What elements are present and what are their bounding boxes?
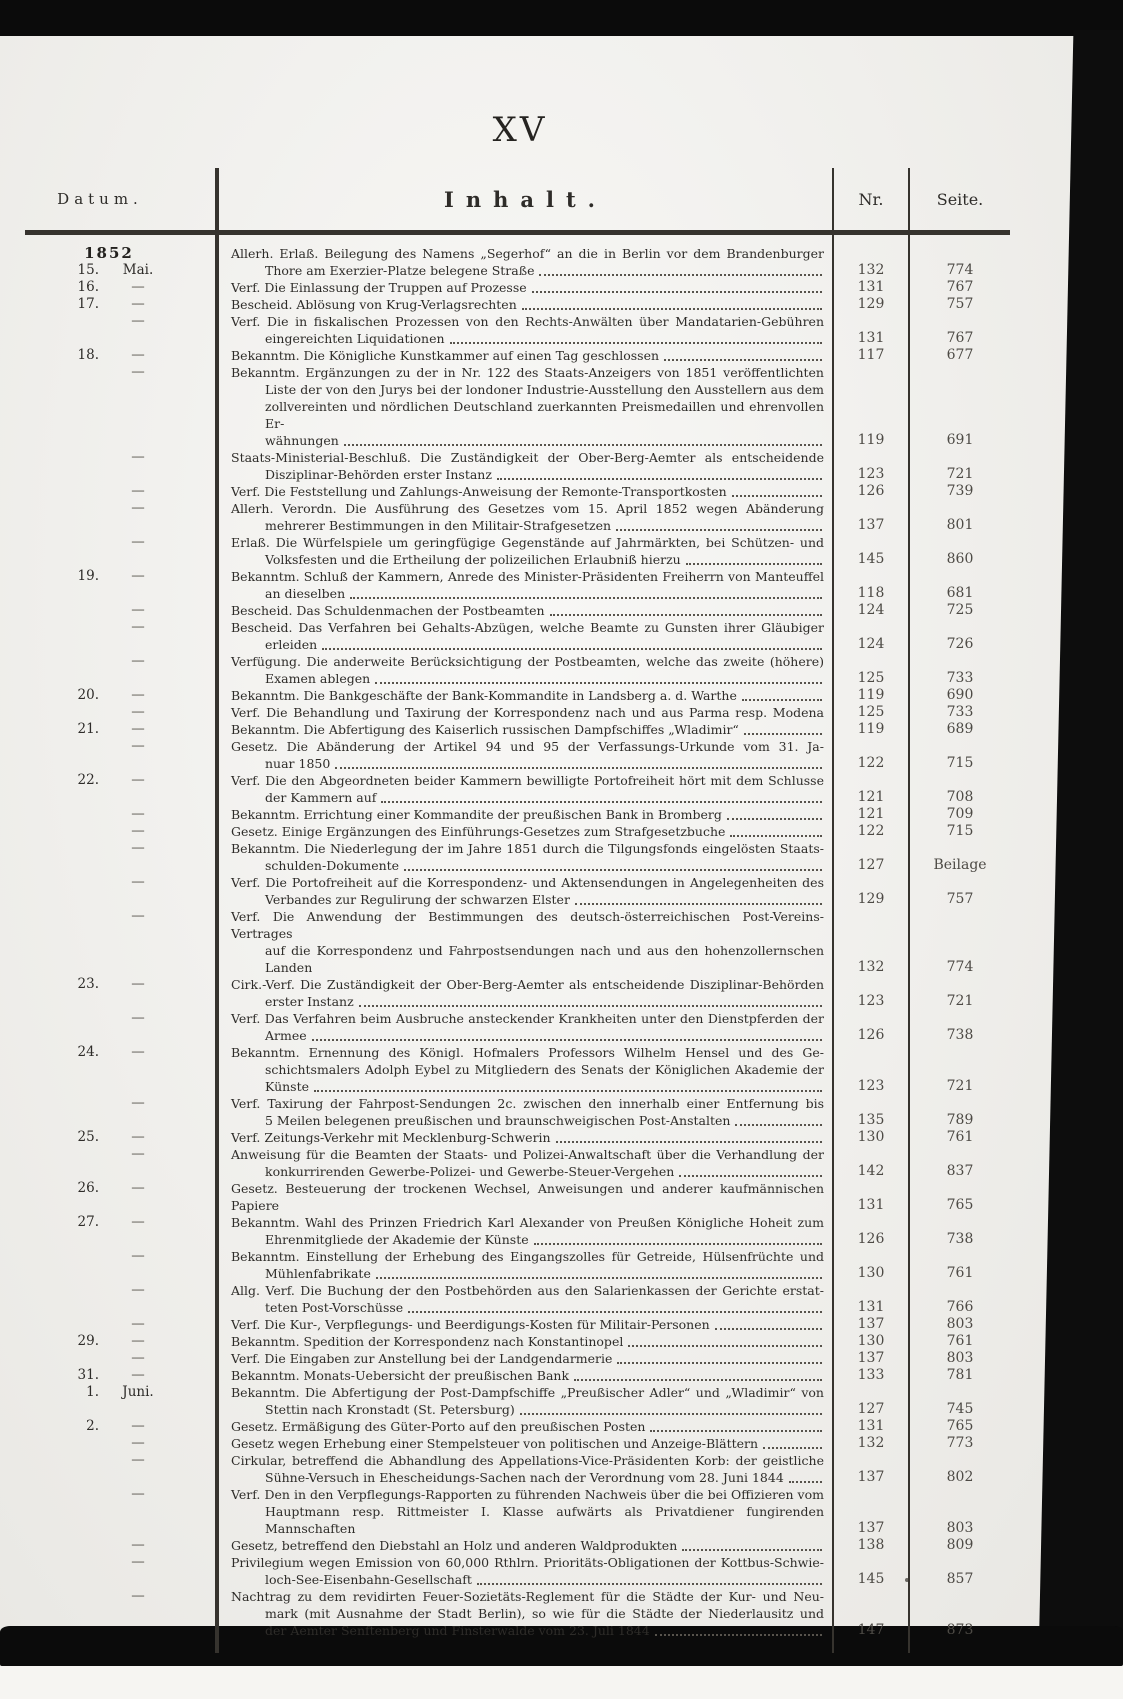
entry-line: Allerh. Erlaß. Beilegung des Namens „Seg…	[231, 245, 824, 262]
entry-nr: 129	[832, 874, 908, 908]
entry-text: Verf. Die Eingaben zur Anstellung bei de…	[215, 1350, 832, 1367]
date-day	[49, 1486, 105, 1503]
entry-seite: 873	[908, 1588, 1010, 1639]
dot-leader	[497, 466, 822, 480]
entry-text: Gesetz. Die Abänderung der Artikel 94 un…	[215, 738, 832, 772]
date-cell: 21. —	[25, 721, 215, 738]
table-row: 29. — Bekanntm. Spedition der Korrespond…	[25, 1333, 1010, 1350]
dot-leader	[664, 347, 822, 361]
entry-line: Stettin nach Kronstadt (St. Petersburg)	[231, 1401, 824, 1418]
entry-line: Volksfesten und die Ertheilung der poliz…	[231, 551, 824, 568]
entry-line: wähnungen	[231, 432, 824, 449]
date-day	[25, 1639, 81, 1656]
table-row: — Anweisung für die Beamten der Staats- …	[25, 1146, 1010, 1180]
entry-seite: 715	[908, 738, 1010, 772]
column-header-datum: Datum.	[25, 168, 215, 230]
date-day	[49, 1588, 105, 1605]
date-month: —	[105, 1282, 171, 1299]
table-row: 26. — Gesetz. Besteuerung der trockenen …	[25, 1180, 1010, 1214]
table-row: — Bekanntm. Errichtung einer Kommandite …	[25, 806, 1010, 823]
date-month: —	[105, 619, 171, 636]
entry-text: Gesetz. Ermäßigung des Güter-Porto auf d…	[215, 1418, 832, 1435]
table-row: — Bescheid. Das Schuldenmachen der Postb…	[25, 602, 1010, 619]
column-header-nr: Nr.	[832, 168, 908, 230]
entry-nr: 132	[832, 235, 908, 279]
entry-seite: 774	[908, 908, 1010, 976]
entry-line: Verf. Taxirung der Fahrpost-Sendungen 2c…	[231, 1095, 824, 1112]
entry-seite: 803	[908, 1486, 1010, 1537]
date-cell: —	[25, 1316, 215, 1333]
date-cell: —	[25, 704, 215, 721]
entry-line: Armee	[231, 1027, 824, 1044]
table-row: — Allg. Verf. Die Buchung der den Postbe…	[25, 1282, 1010, 1316]
entry-seite: 721	[908, 976, 1010, 1010]
entry-seite: 761	[908, 1248, 1010, 1282]
table-row: 18. — Bekanntm. Die Königliche Kunstkamm…	[25, 347, 1010, 364]
date-month: Mai.	[105, 262, 171, 279]
table-row: — Verf. Die Portofreiheit auf die Korres…	[25, 874, 1010, 908]
dot-leader	[477, 1571, 822, 1585]
entry-line: Bekanntm. Ernennung des Königl. Hofmaler…	[231, 1044, 824, 1061]
entry-text: Bekanntm. Die Abfertigung des Kaiserlich…	[215, 721, 832, 738]
entry-nr: 145	[832, 1554, 908, 1588]
date-month: —	[105, 1129, 171, 1146]
entry-line: Bekanntm. Die Niederlegung der im Jahre …	[231, 840, 824, 857]
entry-line: Bekanntm. Wahl des Prinzen Friedrich Kar…	[231, 1214, 824, 1231]
entry-seite: 681	[908, 568, 1010, 602]
date-day: 27.	[49, 1214, 105, 1231]
entry-seite: 773	[908, 1435, 1010, 1452]
date-month: —	[105, 1316, 171, 1333]
entry-nr: 123	[832, 1044, 908, 1095]
entry-line: Bekanntm. Die Bankgeschäfte der Bank-Kom…	[231, 687, 824, 704]
entry-nr: 129	[832, 296, 908, 313]
entry-text: Verf. Das Verfahren beim Ausbruche anste…	[215, 1010, 832, 1044]
entry-text: Bekanntm. Schluß der Kammern, Anrede des…	[215, 568, 832, 602]
entry-nr: 122	[832, 738, 908, 772]
entry-text: Gesetz. Einige Ergänzungen des Einführun…	[215, 823, 832, 840]
entry-nr: 131	[832, 1418, 908, 1435]
entry-line: Liste der von den Jurys bei der londoner…	[231, 381, 824, 398]
entry-text: Verf. Taxirung der Fahrpost-Sendungen 2c…	[215, 1095, 832, 1129]
dot-leader	[350, 585, 822, 599]
date-month: —	[105, 1588, 171, 1605]
entry-nr: 147	[832, 1588, 908, 1639]
entry-line: Verfügung. Die anderweite Berücksichtigu…	[231, 653, 824, 670]
table-row: — Verf. Den in den Verpflegungs-Rapporte…	[25, 1486, 1010, 1537]
date-day: 24.	[49, 1044, 105, 1061]
date-month	[81, 1639, 147, 1656]
date-month: —	[105, 1554, 171, 1571]
date-month: —	[105, 976, 171, 993]
date-cell: 31. —	[25, 1367, 215, 1384]
date-month: Juni.	[105, 1384, 171, 1401]
date-cell: —	[25, 1588, 215, 1639]
entry-nr: 125	[832, 704, 908, 721]
entry-line: Bescheid. Das Schuldenmachen der Postbea…	[231, 602, 824, 619]
entry-nr: 121	[832, 806, 908, 823]
date-day: 25.	[49, 1129, 105, 1146]
table-row: — Gesetz, betreffend den Diebstahl an Ho…	[25, 1537, 1010, 1554]
entry-line: Gesetz, betreffend den Diebstahl an Holz…	[231, 1537, 824, 1554]
table-row: — Verf. Die Feststellung und Zahlungs-An…	[25, 483, 1010, 500]
entry-seite: 709	[908, 806, 1010, 823]
entry-line: Verf. Zeitungs-Verkehr mit Mecklenburg-S…	[231, 1129, 824, 1146]
table-row: 17. — Bescheid. Ablösung von Krug-Verlag…	[25, 296, 1010, 313]
date-day	[49, 1350, 105, 1367]
date-day: 23.	[49, 976, 105, 993]
dot-leader	[381, 789, 822, 803]
entry-nr: 117	[832, 347, 908, 364]
date-day: 16.	[49, 279, 105, 296]
date-cell: —	[25, 1010, 215, 1044]
date-cell: 23. —	[25, 976, 215, 1010]
entry-seite: 767	[908, 279, 1010, 296]
dot-leader	[679, 1163, 822, 1177]
entry-line: Staats-Ministerial-Beschluß. Die Zuständ…	[231, 449, 824, 466]
entry-line: konkurrirenden Gewerbe-Polizei- und Gewe…	[231, 1163, 824, 1180]
entry-line: Thore am Exerzier-Platze belegene Straße	[231, 262, 824, 279]
entry-nr: 126	[832, 483, 908, 500]
table-row: — Erlaß. Die Würfelspiele um geringfügig…	[25, 534, 1010, 568]
entry-line: Gesetz. Besteuerung der trockenen Wechse…	[231, 1180, 824, 1214]
entry-line: Gesetz wegen Erhebung einer Stempelsteue…	[231, 1435, 824, 1452]
entry-line: Gesetz. Einige Ergänzungen des Einführun…	[231, 823, 824, 840]
entry-line: Verf. Die in fiskalischen Prozessen von …	[231, 313, 824, 330]
entry-line: Bekanntm. Monats-Uebersicht der preußisc…	[231, 1367, 824, 1384]
entry-line: Cirk.-Verf. Die Zuständigkeit der Ober-B…	[231, 976, 824, 993]
date-cell: —	[25, 1537, 215, 1554]
date-month: —	[105, 296, 171, 313]
dot-leader	[312, 1027, 822, 1041]
entry-line: Bekanntm. Die Königliche Kunstkammer auf…	[231, 347, 824, 364]
date-day	[49, 500, 105, 517]
date-cell: —	[25, 449, 215, 483]
table-row: 21. — Bekanntm. Die Abfertigung des Kais…	[25, 721, 1010, 738]
date-cell: —	[25, 1452, 215, 1486]
entry-seite: 757	[908, 296, 1010, 313]
date-month: —	[105, 704, 171, 721]
entry-text: Allg. Verf. Die Buchung der den Postbehö…	[215, 1282, 832, 1316]
entry-text: Verf. Zeitungs-Verkehr mit Mecklenburg-S…	[215, 1129, 832, 1146]
entry-seite: 726	[908, 619, 1010, 653]
entry-line: teten Post-Vorschüsse	[231, 1299, 824, 1316]
dot-leader	[789, 1469, 822, 1483]
scan-edge-right	[1039, 30, 1123, 1642]
date-day: 31.	[49, 1367, 105, 1384]
date-cell: —	[25, 483, 215, 500]
date-month: —	[105, 534, 171, 551]
date-day: 21.	[49, 721, 105, 738]
entry-line: erleiden	[231, 636, 824, 653]
date-month: —	[105, 653, 171, 670]
entry-text: Bescheid. Ablösung von Krug-Verlagsrecht…	[215, 296, 832, 313]
entry-seite: 857	[908, 1554, 1010, 1588]
entry-nr: 138	[832, 1537, 908, 1554]
date-day	[49, 908, 105, 925]
table-row: 31. — Bekanntm. Monats-Uebersicht der pr…	[25, 1367, 1010, 1384]
date-cell: —	[25, 364, 215, 449]
date-month: —	[105, 1214, 171, 1231]
date-month: —	[105, 874, 171, 891]
entry-nr: 131	[832, 313, 908, 347]
date-month: —	[105, 1333, 171, 1350]
entry-line: der Kammern auf	[231, 789, 824, 806]
table-row: — Bekanntm. Die Niederlegung der im Jahr…	[25, 840, 1010, 874]
date-month: —	[105, 721, 171, 738]
date-month: —	[105, 908, 171, 925]
entry-line: zollvereinten und nördlichen Deutschland…	[231, 398, 824, 432]
entry-seite: 765	[908, 1418, 1010, 1435]
date-cell: 29. —	[25, 1333, 215, 1350]
entry-text: Bekanntm. Errichtung einer Kommandite de…	[215, 806, 832, 823]
entry-line: Verf. Die den Abgeordneten beider Kammer…	[231, 772, 824, 789]
entry-seite: 803	[908, 1316, 1010, 1333]
entry-line: Verf. Die Behandlung und Taxirung der Ko…	[231, 704, 824, 721]
date-month: —	[105, 840, 171, 857]
table-row: — Verf. Die in fiskalischen Prozessen vo…	[25, 313, 1010, 347]
date-day: 1.	[49, 1384, 105, 1401]
date-month: —	[105, 364, 171, 381]
entry-text: Anweisung für die Beamten der Staats- un…	[215, 1146, 832, 1180]
dot-leader	[732, 483, 822, 497]
entry-line: Verf. Die Anwendung der Bestimmungen des…	[231, 908, 824, 942]
entry-line: der Aemter Senftenberg und Finsterwalde …	[231, 1622, 824, 1639]
entry-nr: 122	[832, 823, 908, 840]
table-row: — Verf. Die Eingaben zur Anstellung bei …	[25, 1350, 1010, 1367]
date-cell: —	[25, 874, 215, 908]
entry-line: Gesetz. Ermäßigung des Güter-Porto auf d…	[231, 1418, 824, 1435]
entry-seite: 745	[908, 1384, 1010, 1418]
entry-line: Bekanntm. Schluß der Kammern, Anrede des…	[231, 568, 824, 585]
dot-leader	[730, 823, 822, 837]
entry-line: Verf. Die Feststellung und Zahlungs-Anwe…	[231, 483, 824, 500]
table-row: 20. — Bekanntm. Die Bankgeschäfte der Ba…	[25, 687, 1010, 704]
entry-nr: 130	[832, 1248, 908, 1282]
entry-line: Bekanntm. Errichtung einer Kommandite de…	[231, 806, 824, 823]
table-row: — Staats-Ministerial-Beschluß. Die Zustä…	[25, 449, 1010, 483]
date-cell: 1. Juni.	[25, 1384, 215, 1418]
entry-line: Verbandes zur Regulirung der schwarzen E…	[231, 891, 824, 908]
toc-body: 1852 15. Mai. Allerh. Erlaß. Beilegung d…	[25, 235, 1010, 1653]
table-row: — Nachtrag zu dem revidirten Feuer-Sozie…	[25, 1588, 1010, 1639]
toc-table: Datum. Inhalt. Nr. Seite. 1852 15. Mai. …	[25, 168, 1010, 1653]
date-cell: —	[25, 806, 215, 823]
dot-leader	[616, 517, 822, 531]
dot-leader	[522, 296, 822, 310]
entry-nr: 118	[832, 568, 908, 602]
entry-text: Bekanntm. Ernennung des Königl. Hofmaler…	[215, 1044, 832, 1095]
date-day	[49, 1010, 105, 1027]
entry-text: Bescheid. Das Schuldenmachen der Postbea…	[215, 602, 832, 619]
year-label: 1852	[49, 245, 169, 262]
table-row: 23. — Cirk.-Verf. Die Zuständigkeit der …	[25, 976, 1010, 1010]
entry-seite: 691	[908, 364, 1010, 449]
entry-line: Bescheid. Das Verfahren bei Gehalts-Abzü…	[231, 619, 824, 636]
date-month: —	[105, 738, 171, 755]
date-day	[49, 1095, 105, 1112]
table-row: 1852 15. Mai. Allerh. Erlaß. Beilegung d…	[25, 235, 1010, 279]
date-cell: 20. —	[25, 687, 215, 704]
date-cell: —	[25, 313, 215, 347]
entry-line: 5 Meilen belegenen preußischen und braun…	[231, 1112, 824, 1129]
date-day	[49, 1435, 105, 1452]
entry-nr: 132	[832, 1435, 908, 1452]
entry-nr: 123	[832, 449, 908, 483]
entry-nr: 130	[832, 1333, 908, 1350]
entry-nr: 126	[832, 1010, 908, 1044]
entry-line: erster Instanz	[231, 993, 824, 1010]
entry-text: Bekanntm. Einstellung der Erhebung des E…	[215, 1248, 832, 1282]
date-month: —	[105, 279, 171, 296]
dot-leader	[322, 636, 822, 650]
date-cell: 26. —	[25, 1180, 215, 1214]
entry-nr: 137	[832, 1486, 908, 1537]
dot-leader	[575, 891, 822, 905]
date-cell: —	[25, 1146, 215, 1180]
entry-line: Cirkular, betreffend die Abhandlung des …	[231, 1452, 824, 1469]
dot-leader	[727, 806, 822, 820]
entry-text: Staats-Ministerial-Beschluß. Die Zuständ…	[215, 449, 832, 483]
table-row: 2. — Gesetz. Ermäßigung des Güter-Porto …	[25, 1418, 1010, 1435]
date-cell: —	[25, 738, 215, 772]
entry-nr: 127	[832, 1384, 908, 1418]
date-day	[49, 823, 105, 840]
entry-nr: 123	[832, 976, 908, 1010]
date-month: —	[105, 823, 171, 840]
date-day	[49, 1316, 105, 1333]
date-day	[49, 806, 105, 823]
entry-seite: 721	[908, 449, 1010, 483]
dot-leader	[686, 551, 822, 565]
entry-text: Bekanntm. Spedition der Korrespondenz na…	[215, 1333, 832, 1350]
date-cell: —	[25, 1350, 215, 1367]
entry-seite: 761	[908, 1129, 1010, 1146]
date-cell: —	[25, 908, 215, 976]
date-month: —	[105, 1010, 171, 1027]
entry-line: Verf. Das Verfahren beim Ausbruche anste…	[231, 1010, 824, 1027]
table-row: 25. — Verf. Zeitungs-Verkehr mit Mecklen…	[25, 1129, 1010, 1146]
entry-seite: 738	[908, 1214, 1010, 1248]
entry-text: Verf. Die Anwendung der Bestimmungen des…	[215, 908, 832, 976]
entry-text: Verfügung. Die anderweite Berücksichtigu…	[215, 653, 832, 687]
date-cell: —	[25, 602, 215, 619]
entry-seite: 689	[908, 721, 1010, 738]
dot-leader	[404, 857, 822, 871]
entry-text: Cirkular, betreffend die Abhandlung des …	[215, 1452, 832, 1486]
entry-seite: 781	[908, 1367, 1010, 1384]
entry-text: Nachtrag zu dem revidirten Feuer-Sozietä…	[215, 1588, 832, 1639]
entry-seite: 765	[908, 1180, 1010, 1214]
date-cell: —	[25, 619, 215, 653]
date-day	[49, 1554, 105, 1571]
date-month: —	[105, 1435, 171, 1452]
entry-text: Bekanntm. Ergänzungen zu der in Nr. 122 …	[215, 364, 832, 449]
entry-nr: 127	[832, 840, 908, 874]
dot-leader	[450, 330, 822, 344]
date-month: —	[105, 500, 171, 517]
entry-line: Examen ablegen	[231, 670, 824, 687]
date-cell: —	[25, 1486, 215, 1537]
entry-text: Erlaß. Die Würfelspiele um geringfügige …	[215, 534, 832, 568]
entry-text: Cirk.-Verf. Die Zuständigkeit der Ober-B…	[215, 976, 832, 1010]
date-month: —	[105, 1248, 171, 1265]
entry-line: Verf. Die Kur-, Verpflegungs- und Beerdi…	[231, 1316, 824, 1333]
dot-leader	[534, 1231, 822, 1245]
dot-leader	[650, 1418, 822, 1432]
entry-nr: 137	[832, 1350, 908, 1367]
date-cell: 1852 15. Mai.	[25, 235, 215, 279]
dot-leader	[744, 721, 822, 735]
entry-text: Bekanntm. Die Königliche Kunstkammer auf…	[215, 347, 832, 364]
dot-leader	[574, 1367, 822, 1381]
entry-seite: 721	[908, 1044, 1010, 1095]
entry-nr: 124	[832, 602, 908, 619]
table-row: — Gesetz. Einige Ergänzungen des Einführ…	[25, 823, 1010, 840]
table-row: — Verf. Das Verfahren beim Ausbruche ans…	[25, 1010, 1010, 1044]
entry-line: Bekanntm. Ergänzungen zu der in Nr. 122 …	[231, 364, 824, 381]
entry-text: Allerh. Erlaß. Beilegung des Namens „Seg…	[215, 235, 832, 279]
entry-seite: 708	[908, 772, 1010, 806]
entry-nr: 126	[832, 1214, 908, 1248]
date-day: 2.	[49, 1418, 105, 1435]
date-month: —	[105, 1180, 171, 1197]
entry-nr	[832, 1639, 908, 1653]
entry-text: Gesetz. Besteuerung der trockenen Wechse…	[215, 1180, 832, 1214]
entry-text: Verf. Die Behandlung und Taxirung der Ko…	[215, 704, 832, 721]
date-day	[49, 534, 105, 551]
entry-seite: 803	[908, 1350, 1010, 1367]
entry-text: Verf. Die Kur-, Verpflegungs- und Beerdi…	[215, 1316, 832, 1333]
date-cell: —	[25, 1554, 215, 1588]
entry-line: Privilegium wegen Emission von 60,000 Rt…	[231, 1554, 824, 1571]
entry-nr: 142	[832, 1146, 908, 1180]
entry-nr: 125	[832, 653, 908, 687]
dot-leader	[628, 1333, 822, 1347]
date-day	[49, 364, 105, 381]
entry-line: auf die Korrespondenz und Fahrpostsendun…	[231, 942, 824, 976]
date-day	[49, 602, 105, 619]
entry-nr: 137	[832, 1316, 908, 1333]
entry-text: Bekanntm. Die Abfertigung der Post-Dampf…	[215, 1384, 832, 1418]
dot-leader	[550, 602, 822, 616]
table-row: — Gesetz. Die Abänderung der Artikel 94 …	[25, 738, 1010, 772]
entry-seite: 789	[908, 1095, 1010, 1129]
date-day	[49, 738, 105, 755]
entry-nr: 119	[832, 687, 908, 704]
date-cell: 27. —	[25, 1214, 215, 1248]
date-month: —	[105, 1146, 171, 1163]
dot-leader	[763, 1435, 822, 1449]
entry-nr: 119	[832, 364, 908, 449]
dot-leader	[556, 1129, 822, 1143]
entry-nr: 133	[832, 1367, 908, 1384]
entry-line: an dieselben	[231, 585, 824, 602]
entry-line: Disziplinar-Behörden erster Instanz	[231, 466, 824, 483]
table-row: — Bekanntm. Ergänzungen zu der in Nr. 12…	[25, 364, 1010, 449]
entry-nr: 119	[832, 721, 908, 738]
dot-leader	[344, 432, 822, 446]
date-cell: —	[25, 823, 215, 840]
entry-line: Hauptmann resp. Rittmeister I. Klasse au…	[231, 1503, 824, 1537]
date-cell	[25, 1639, 215, 1653]
table-row: — Bescheid. Das Verfahren bei Gehalts-Ab…	[25, 619, 1010, 653]
entry-seite: 801	[908, 500, 1010, 534]
date-cell: —	[25, 1282, 215, 1316]
entry-line: Sühne-Versuch in Ehescheidungs-Sachen na…	[231, 1469, 824, 1486]
entry-seite: 774	[908, 235, 1010, 279]
entry-line: Verf. Den in den Verpflegungs-Rapporten …	[231, 1486, 824, 1503]
